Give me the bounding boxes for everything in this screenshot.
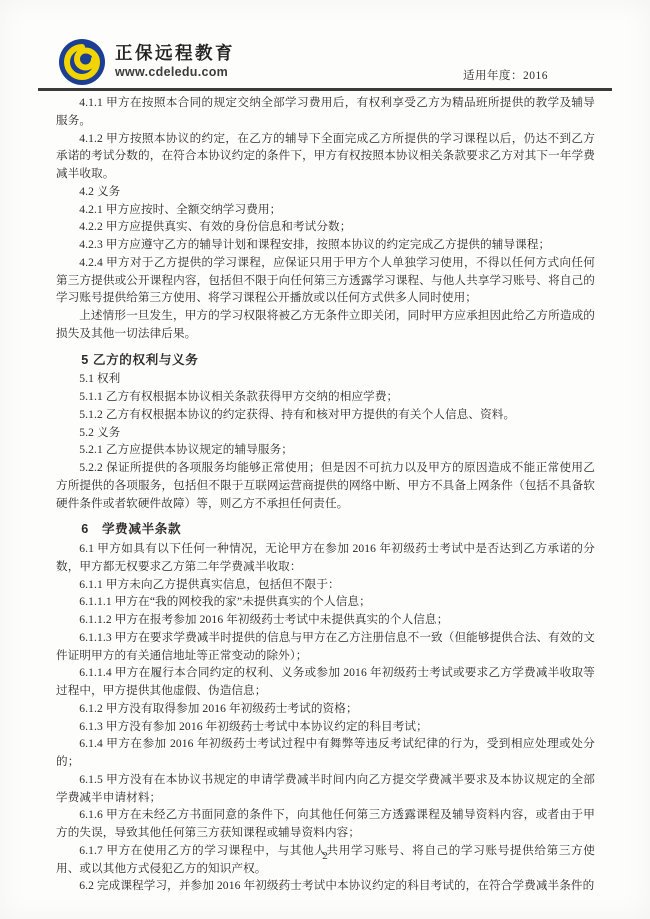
clause-paragraph: 6.1.1.4 甲方在履行本合同约定的权利、义务或参加 2016 年初级药士考试…: [56, 664, 595, 700]
clause-paragraph: 6.1.3 甲方没有参加 2016 年初级药士考试中本协议约定的科目考试；: [56, 718, 595, 736]
page-number: 2: [0, 850, 650, 862]
clause-paragraph: 5.2 义务: [56, 424, 595, 442]
clause-paragraph: 6.2 完成课程学习，并参加 2016 年初级药士考试中本协议约定的科目考试的，…: [56, 877, 595, 895]
clause-paragraph: 5.2.1 乙方应提供本协议规定的辅导服务；: [56, 441, 595, 459]
brand-text: 正保远程教育 www.cdeledu.com: [115, 44, 235, 80]
clause-paragraph: 6.1.1.1 甲方在“我的网校我的家”未提供真实的个人信息；: [56, 593, 595, 611]
clause-paragraph: 5.2.2 保证所提供的各项服务均能够正常使用；但是因不可抗力以及甲方的原因造成…: [56, 459, 595, 512]
clause-paragraph: 5.1 权利: [56, 370, 595, 388]
clause-paragraph: 6.1.6 甲方在未经乙方书面同意的条件下，向其他任何第三方透露课程及辅导资料内…: [56, 806, 595, 842]
clause-paragraph: 6.1.4 甲方在参加 2016 年初级药士考试过程中有舞弊等违反考试纪律的行为…: [56, 735, 595, 771]
clause-paragraph: 6.1.1.3 甲方在要求学费减半时提供的信息与甲方在乙方注册信息不一致（但能够…: [56, 629, 595, 665]
brand-logo: 正保远程教育 www.cdeledu.com: [58, 38, 235, 86]
page-header: 正保远程教育 www.cdeledu.com 适用年度：2016: [38, 38, 612, 91]
clause-paragraph: 4.2.4 甲方对于乙方提供的学习课程，应保证只用于甲方个人单独学习使用，不得以…: [56, 254, 595, 307]
clause-paragraph: 上述情形一旦发生，甲方的学习权限将被乙方无条件立即关闭，同时甲方应承担因此给乙方…: [56, 307, 595, 343]
clause-paragraph: 6.1.1 甲方未向乙方提供真实信息，包括但不限于：: [56, 576, 595, 594]
clause-paragraph: 4.2 义务: [56, 183, 595, 201]
applicable-year-label: 适用年度：2016: [463, 67, 548, 87]
clause-paragraph: 4.1.2 甲方按照本协议的约定，在乙方的辅导下全面完成乙方所提供的学习课程以后…: [56, 130, 595, 183]
brand-website: www.cdeledu.com: [115, 66, 235, 80]
swirl-logo-icon: [58, 38, 106, 86]
clause-paragraph: 4.2.2 甲方应提供真实、有效的身份信息和考试分数；: [56, 218, 595, 236]
contract-page: 正保远程教育 www.cdeledu.com 适用年度：2016 4.1.1 甲…: [0, 0, 650, 919]
document-body: 4.1.1 甲方在按照本合同的规定交纳全部学习费用后，有权利享受乙方为精品班所提…: [56, 94, 595, 895]
section-heading: 5 乙方的权利与义务: [56, 352, 595, 370]
clause-paragraph: 6.1.1.2 甲方在报考参加 2016 年初级药士考试中未提供真实的个人信息；: [56, 611, 595, 629]
clause-paragraph: 5.1.1 乙方有权根据本协议相关条款获得甲方交纳的相应学费；: [56, 388, 595, 406]
clause-paragraph: 5.1.2 乙方有权根据本协议的约定获得、持有和核对甲方提供的有关个人信息、资料…: [56, 406, 595, 424]
clause-paragraph: 6.1.2 甲方没有取得参加 2016 年初级药士考试的资格；: [56, 700, 595, 718]
clause-paragraph: 4.1.1 甲方在按照本合同的规定交纳全部学习费用后，有权利享受乙方为精品班所提…: [56, 94, 595, 130]
brand-name: 正保远程教育: [115, 44, 235, 63]
clause-paragraph: 4.2.3 甲方应遵守乙方的辅导计划和课程安排，按照本协议的约定完成乙方提供的辅…: [56, 236, 595, 254]
clause-paragraph: 4.2.1 甲方应按时、全额交纳学习费用；: [56, 201, 595, 219]
section-heading: 6 学费减半条款: [56, 521, 595, 539]
clause-paragraph: 6.1 甲方如具有以下任何一种情况，无论甲方在参加 2016 年初级药士考试中是…: [56, 540, 595, 576]
clause-paragraph: 6.1.5 甲方没有在本协议书规定的申请学费减半时间内向乙方提交学费减半要求及本…: [56, 771, 595, 807]
